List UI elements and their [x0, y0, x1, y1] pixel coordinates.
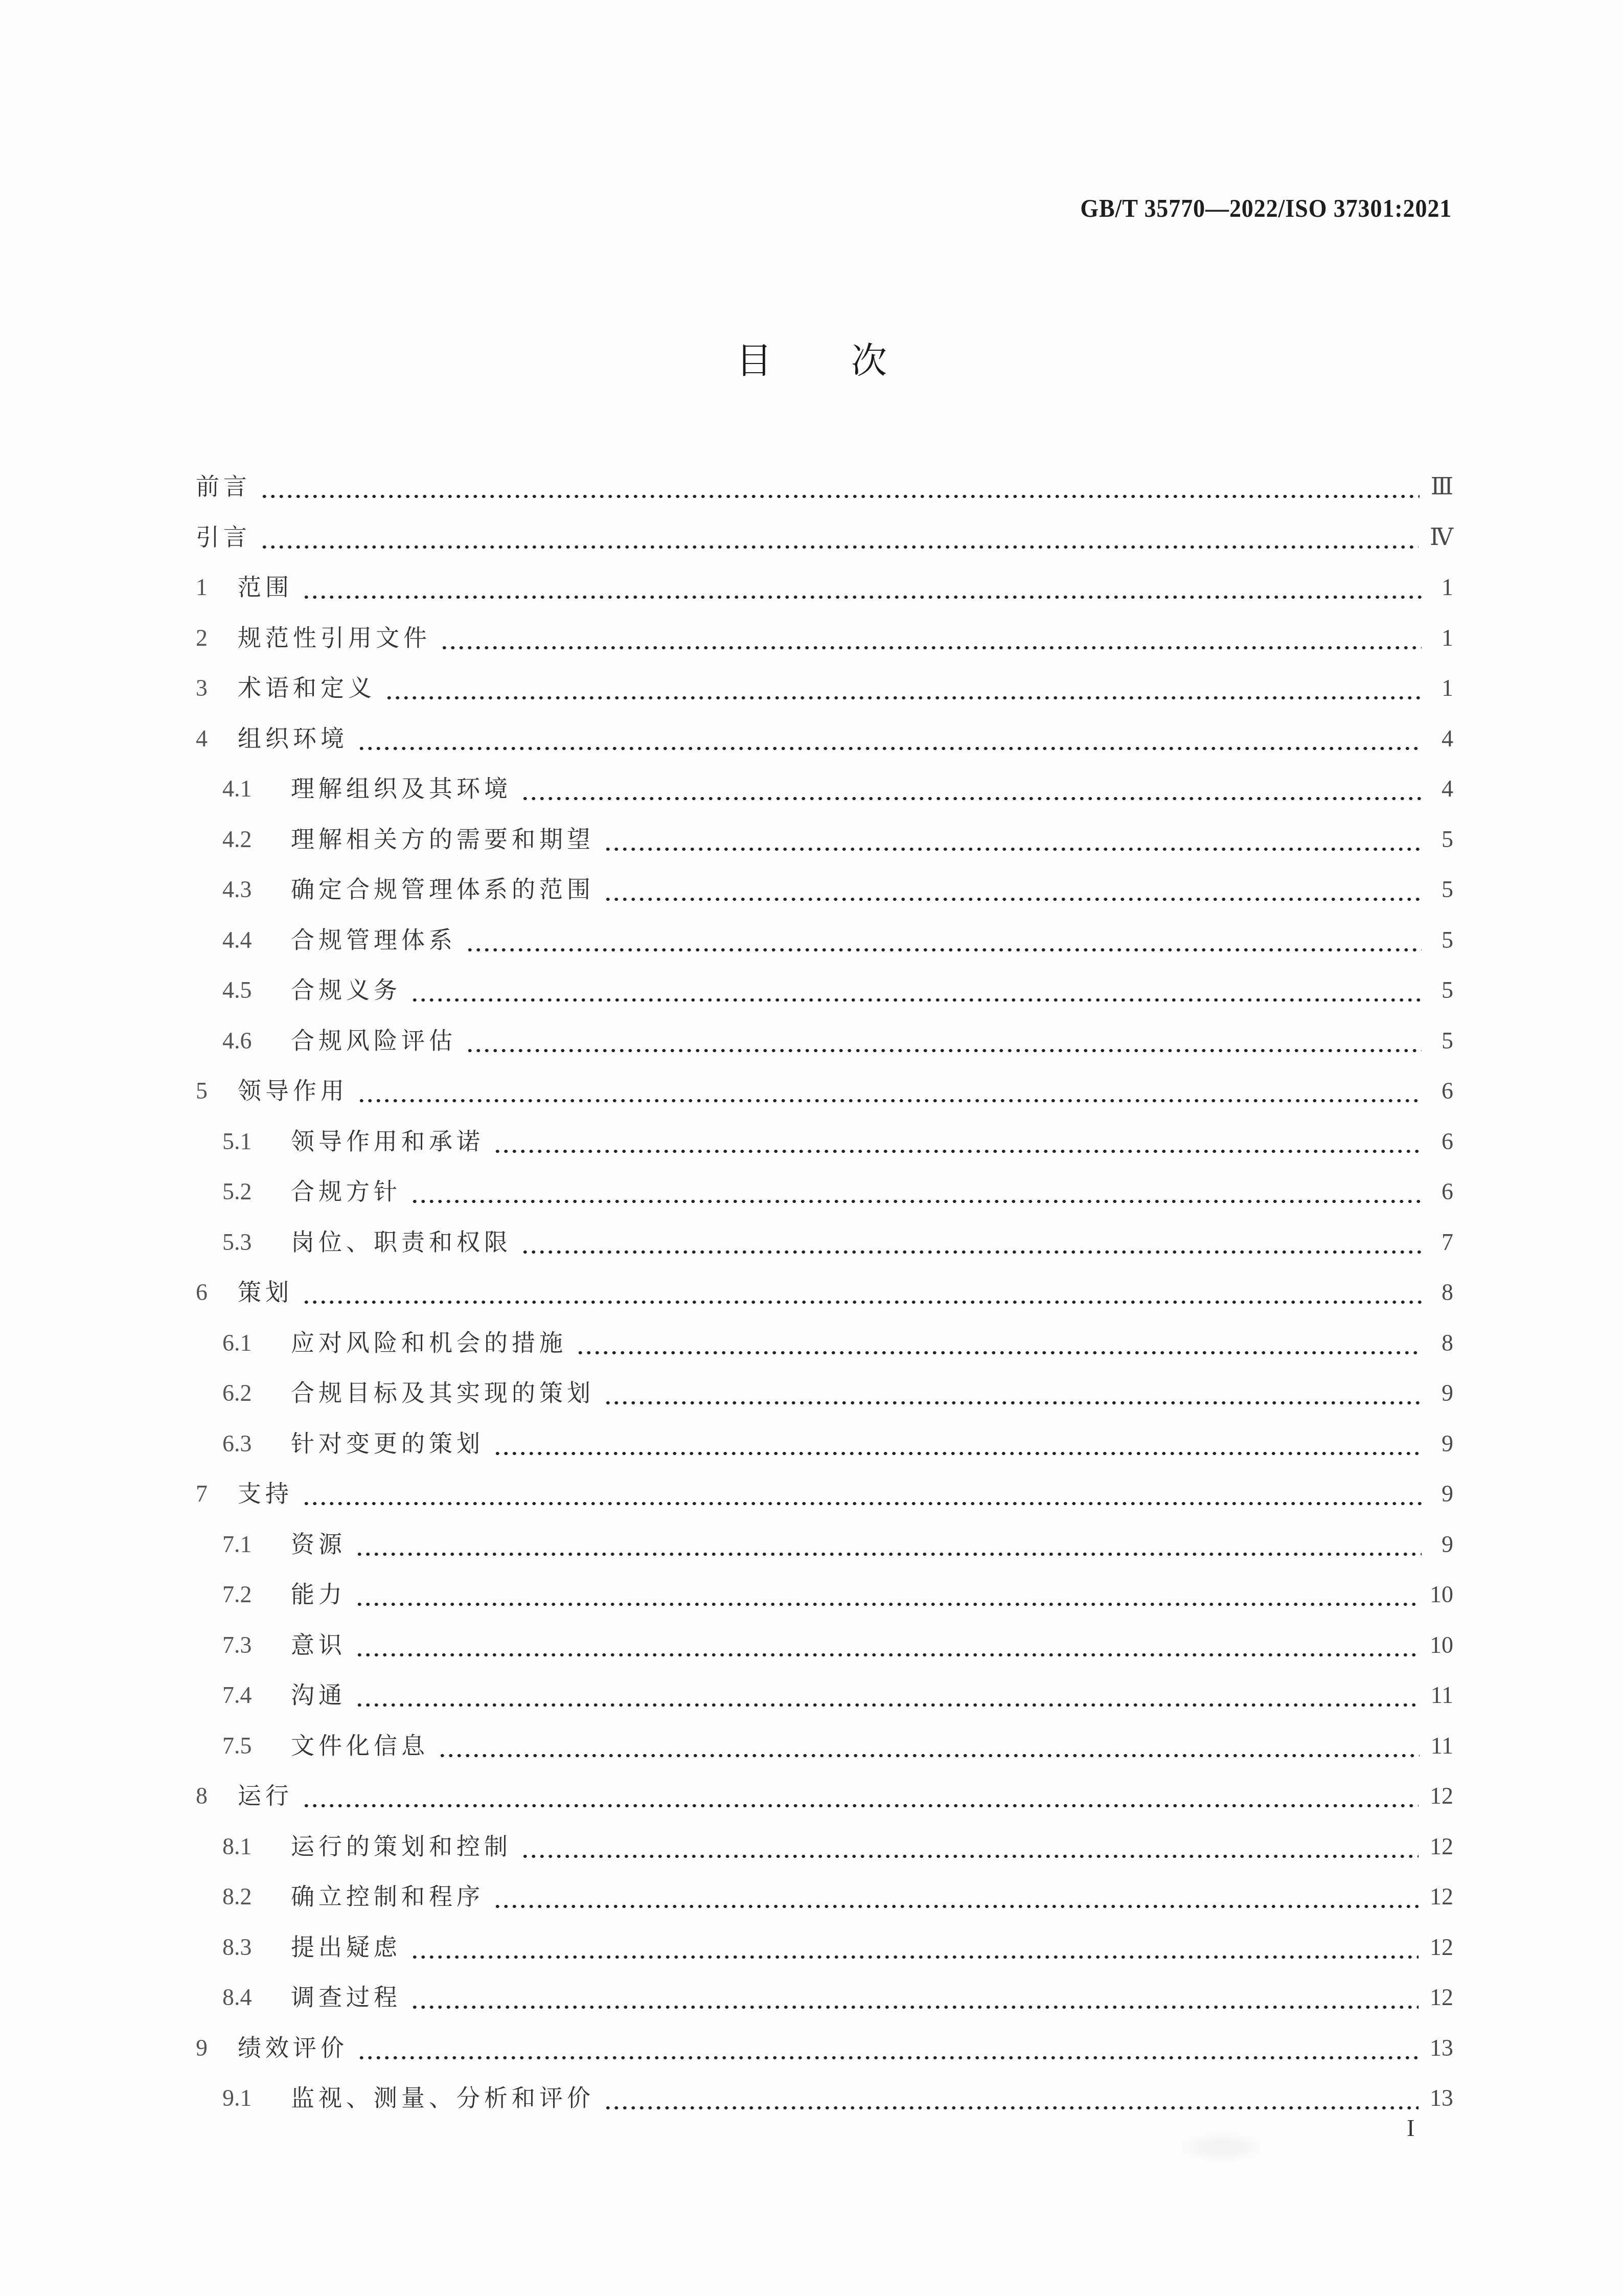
toc-entry-number: 8 [196, 1779, 238, 1813]
toc-entry-page: 10 [1430, 1578, 1453, 1611]
toc-entry-number: 7.4 [222, 1678, 291, 1712]
toc-entry-page: 4 [1433, 772, 1453, 806]
toc-entry-number: 4 [196, 722, 238, 756]
dot-leader [385, 695, 1422, 700]
toc-entry[interactable]: 8运行12 [196, 1779, 1453, 1829]
toc-entry[interactable]: 2规范性引用文件1 [196, 621, 1453, 671]
toc-entry-label: 合规义务 [291, 973, 401, 1007]
toc-entry[interactable]: 8.4调查过程12 [196, 1980, 1453, 2031]
dot-leader [438, 1753, 1420, 1758]
toc-entry-label: 针对变更的策划 [291, 1426, 484, 1460]
toc-entry-page: 8 [1433, 1326, 1453, 1360]
toc-entry-number: 7.2 [222, 1578, 291, 1611]
toc-entry-page: 5 [1433, 823, 1453, 856]
dot-leader [302, 1803, 1419, 1808]
dot-leader [604, 847, 1422, 852]
toc-entry-label: 运行 [238, 1779, 293, 1812]
toc-entry-number: 5.2 [222, 1175, 291, 1209]
dot-leader [357, 2055, 1419, 2060]
dot-leader [355, 1552, 1422, 1557]
toc-entry-number: 7 [196, 1477, 238, 1511]
toc-entry[interactable]: 4.5合规义务5 [196, 973, 1453, 1024]
toc-entry-page: 6 [1433, 1074, 1453, 1108]
toc-entry-number: 6.3 [222, 1427, 291, 1461]
toc-entry-page: 9 [1433, 1477, 1453, 1511]
toc-entry-label: 引言 [196, 520, 251, 554]
toc-entry-number: 8.2 [222, 1880, 291, 1914]
dot-leader [604, 1400, 1422, 1405]
toc-entry-number: 7.5 [222, 1729, 291, 1763]
toc-entry-label: 规范性引用文件 [238, 621, 431, 654]
toc-entry-label: 确定合规管理体系的范围 [291, 872, 595, 906]
toc-entry-page: 9 [1433, 1376, 1453, 1410]
toc-entry-number: 9 [196, 2031, 238, 2065]
toc-entry[interactable]: 6策划8 [196, 1275, 1453, 1326]
dot-leader [355, 1602, 1419, 1607]
dot-leader [357, 1098, 1422, 1103]
toc-entry[interactable]: 4.6合规风险评估5 [196, 1024, 1453, 1074]
toc-entry-number: 8.1 [222, 1830, 291, 1863]
toc-entry-label: 沟通 [291, 1678, 346, 1712]
toc-entry-page: 7 [1433, 1225, 1453, 1259]
toc-entry-label: 范围 [238, 570, 293, 604]
toc-entry-label: 岗位、职责和权限 [291, 1225, 512, 1259]
page-title: 目次 [0, 332, 1623, 384]
toc-entry-label: 调查过程 [291, 1980, 401, 2014]
toc-entry-label: 监视、测量、分析和评价 [291, 2081, 595, 2115]
toc-entry[interactable]: 7支持9 [196, 1476, 1453, 1527]
toc-entry-number: 8.4 [222, 1981, 291, 2014]
toc-entry-page: 1 [1433, 571, 1453, 604]
toc-entry-label: 组织环境 [238, 721, 348, 755]
toc-entry-number: 5.1 [222, 1125, 291, 1158]
toc-entry-page: 10 [1430, 1628, 1453, 1662]
dot-leader [410, 1954, 1419, 1960]
dot-leader [493, 1149, 1422, 1154]
dot-leader [410, 997, 1422, 1003]
dot-leader [357, 746, 1422, 751]
toc-entry-number: 7.3 [222, 1628, 291, 1662]
toc-entry[interactable]: 6.3针对变更的策划9 [196, 1426, 1453, 1477]
toc-entry-label: 理解组织及其环境 [291, 771, 512, 805]
toc-entry-page: 11 [1431, 1678, 1453, 1712]
toc-entry[interactable]: 6.2合规目标及其实现的策划9 [196, 1376, 1453, 1426]
toc-entry-label: 合规目标及其实现的策划 [291, 1376, 595, 1410]
standard-code: GB/T 35770—2022/ISO 37301:2021 [1080, 193, 1452, 223]
toc-entry[interactable]: 前言Ⅲ [196, 469, 1453, 520]
toc-entry-number: 4.1 [222, 772, 291, 806]
toc-entry-label: 支持 [238, 1476, 293, 1510]
toc-entry-number: 9.1 [222, 2081, 291, 2115]
toc-entry-page: 1 [1433, 621, 1453, 655]
toc-entry-page: 12 [1430, 1830, 1453, 1863]
document-page: GB/T 35770—2022/ISO 37301:2021 目次 前言Ⅲ引言Ⅳ… [0, 0, 1623, 2296]
toc-entry-number: 4.4 [222, 923, 291, 957]
toc-entry-page: 12 [1430, 1880, 1453, 1914]
toc-entry[interactable]: 5.3岗位、职责和权限7 [196, 1225, 1453, 1276]
toc-entry[interactable]: 8.1运行的策划和控制12 [196, 1829, 1453, 1880]
toc-entry-number: 6.1 [222, 1326, 291, 1360]
dot-leader [521, 1854, 1419, 1859]
toc-entry-label: 领导作用 [238, 1074, 348, 1107]
dot-leader [302, 1300, 1422, 1305]
toc-entry-label: 确立控制和程序 [291, 1879, 484, 1913]
dot-leader [260, 544, 1419, 550]
dot-leader [440, 645, 1422, 650]
toc-entry-page: 6 [1433, 1175, 1453, 1209]
toc-entry-page: 12 [1430, 1930, 1453, 1964]
toc-entry-label: 术语和定义 [238, 671, 376, 704]
toc-entry-number: 2 [196, 621, 238, 655]
toc-entry-page: 5 [1433, 973, 1453, 1007]
dot-leader [260, 494, 1420, 499]
toc-entry-page: Ⅲ [1431, 470, 1453, 504]
toc-entry[interactable]: 9绩效评价13 [196, 2031, 1453, 2081]
toc-entry-page: 6 [1433, 1125, 1453, 1158]
toc-entry[interactable]: 6.1应对风险和机会的措施8 [196, 1326, 1453, 1376]
toc-entry-number: 6.2 [222, 1376, 291, 1410]
toc-entry[interactable]: 5.2合规方针6 [196, 1174, 1453, 1225]
toc-entry-number: 4.2 [222, 823, 291, 856]
toc-entry[interactable]: 4组织环境4 [196, 721, 1453, 772]
dot-leader [604, 897, 1422, 902]
toc-entry-page: 4 [1433, 722, 1453, 756]
toc-entry-label: 理解相关方的需要和期望 [291, 822, 595, 856]
toc-entry[interactable]: 4.1理解组织及其环境4 [196, 771, 1453, 822]
toc-entry-page: 12 [1430, 1981, 1453, 2014]
dot-leader [521, 1249, 1422, 1255]
toc-entry-page: 8 [1433, 1276, 1453, 1309]
dot-leader [355, 1652, 1419, 1657]
toc-entry-label: 合规方针 [291, 1174, 401, 1208]
toc-entry-label: 运行的策划和控制 [291, 1829, 512, 1863]
toc-entry[interactable]: 7.1资源9 [196, 1527, 1453, 1578]
toc-entry-number: 4.6 [222, 1024, 291, 1058]
toc-entry-number: 7.1 [222, 1528, 291, 1561]
page-number: I [1407, 2115, 1414, 2142]
toc-entry-page: 5 [1433, 1024, 1453, 1058]
dot-leader [355, 1702, 1420, 1708]
toc-entry-page: Ⅳ [1430, 520, 1453, 554]
dot-leader [466, 947, 1422, 952]
dot-leader [302, 595, 1422, 600]
toc-entry-label: 能力 [291, 1577, 346, 1611]
toc-entry-label: 绩效评价 [238, 2031, 348, 2064]
toc-entry-label: 文件化信息 [291, 1729, 429, 1762]
toc-entry-page: 9 [1433, 1427, 1453, 1461]
toc-entry[interactable]: 8.2确立控制和程序12 [196, 1879, 1453, 1930]
toc-entry-page: 5 [1433, 873, 1453, 906]
toc-entry-number: 5.3 [222, 1225, 291, 1259]
toc-entry-label: 领导作用和承诺 [291, 1124, 484, 1158]
toc-entry-label: 资源 [291, 1527, 346, 1561]
toc-entry-page: 13 [1430, 2031, 1453, 2065]
toc-entry-label: 提出疑虑 [291, 1930, 401, 1964]
toc-entry[interactable]: 4.4合规管理体系5 [196, 923, 1453, 973]
faint-watermark [1176, 2132, 1268, 2163]
toc-entry-label: 合规风险评估 [291, 1024, 456, 1057]
toc-entry-number: 3 [196, 671, 238, 705]
toc-entry-label: 合规管理体系 [291, 923, 456, 957]
dot-leader [466, 1048, 1422, 1053]
dot-leader [521, 796, 1422, 801]
toc-entry[interactable]: 5领导作用6 [196, 1074, 1453, 1124]
dot-leader [604, 2105, 1419, 2110]
toc-entry-label: 应对风险和机会的措施 [291, 1326, 567, 1359]
toc-entry-page: 5 [1433, 923, 1453, 957]
toc-entry-number: 8.3 [222, 1930, 291, 1964]
toc-entry[interactable]: 引言Ⅳ [196, 520, 1453, 571]
toc-entry-number: 6 [196, 1276, 238, 1309]
dot-leader [576, 1350, 1422, 1355]
toc-entry[interactable]: 9.1监视、测量、分析和评价13 [196, 2081, 1453, 2131]
dot-leader [302, 1501, 1422, 1506]
toc-entry-page: 11 [1431, 1729, 1453, 1763]
toc-entry-label: 策划 [238, 1275, 293, 1309]
toc-entry[interactable]: 5.1领导作用和承诺6 [196, 1124, 1453, 1175]
toc-entry[interactable]: 7.3意识10 [196, 1628, 1453, 1678]
toc-entry-page: 1 [1433, 671, 1453, 705]
toc-entry-label: 前言 [196, 469, 251, 503]
toc-entry[interactable]: 7.5文件化信息11 [196, 1729, 1453, 1779]
dot-leader [410, 2005, 1419, 2010]
toc-entry-page: 13 [1430, 2081, 1453, 2115]
toc-entry-number: 5 [196, 1074, 238, 1108]
toc-entry[interactable]: 7.4沟通11 [196, 1678, 1453, 1729]
toc-entry[interactable]: 1范围1 [196, 570, 1453, 621]
toc-entry[interactable]: 7.2能力10 [196, 1577, 1453, 1628]
toc-entry-label: 意识 [291, 1628, 346, 1662]
toc-entry-number: 4.3 [222, 873, 291, 906]
dot-leader [493, 1451, 1422, 1456]
toc-entry-page: 9 [1433, 1528, 1453, 1561]
toc-entry[interactable]: 3术语和定义1 [196, 671, 1453, 721]
toc-entry-page: 12 [1430, 1779, 1453, 1813]
toc-entry-number: 4.5 [222, 973, 291, 1007]
toc-entry[interactable]: 8.3提出疑虑12 [196, 1930, 1453, 1981]
dot-leader [493, 1904, 1419, 1909]
toc-entry[interactable]: 4.2理解相关方的需要和期望5 [196, 822, 1453, 873]
toc-entry-number: 1 [196, 571, 238, 604]
dot-leader [410, 1199, 1422, 1204]
table-of-contents: 前言Ⅲ引言Ⅳ1范围12规范性引用文件13术语和定义14组织环境44.1理解组织及… [196, 469, 1453, 2131]
toc-entry[interactable]: 4.3确定合规管理体系的范围5 [196, 872, 1453, 923]
